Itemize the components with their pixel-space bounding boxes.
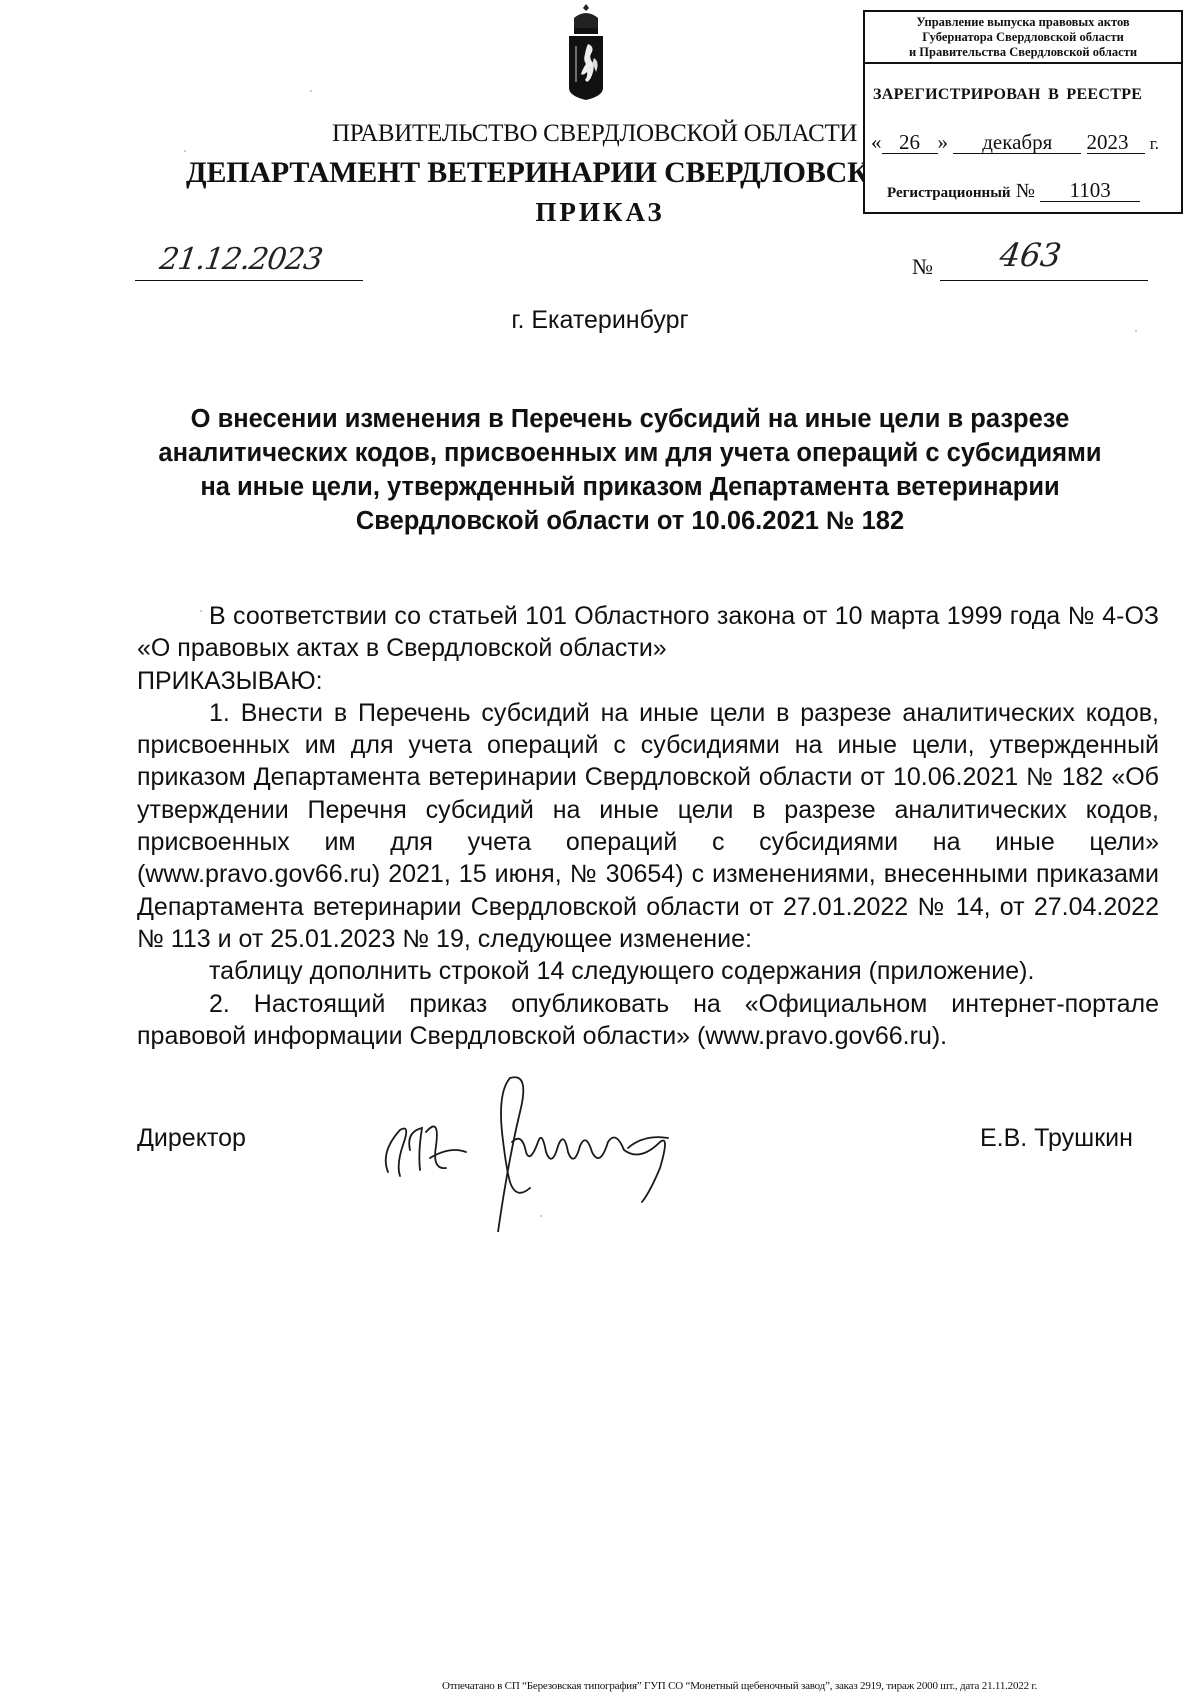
signatory-name: Е.В. Трушкин (980, 1124, 1133, 1153)
stamp-year: 2023 (1087, 131, 1145, 154)
stamp-header-line: Губернатора Свердловской области (865, 30, 1181, 45)
handwritten-signature-icon (370, 1072, 700, 1232)
government-name: ПРАВИТЕЛЬСТВО СВЕРДЛОВСКОЙ ОБЛАСТИ (332, 120, 857, 148)
registry-stamp: Управление выпуска правовых актов Губерн… (863, 10, 1183, 214)
handwritten-date: 21.12.2023 (158, 242, 325, 277)
subject-line: Свердловской области от 10.06.2021 № 182 (150, 504, 1110, 538)
number-sign: № (912, 254, 933, 280)
stamp-reg-number-label: Регистрационный (887, 185, 1011, 201)
stamp-registered-label: ЗАРЕГИСТРИРОВАН В РЕЕСТРЕ (873, 86, 1142, 104)
scan-speck (184, 150, 186, 152)
preamble: В соответствии со статьей 101 Областного… (137, 600, 1159, 665)
stamp-month: декабря (953, 131, 1081, 154)
quote-close: » (938, 130, 949, 154)
stamp-reg-number-value: 1103 (1040, 179, 1140, 202)
quote-open: « (871, 130, 882, 154)
stamp-year-suffix: г. (1150, 134, 1159, 153)
scan-speck (200, 610, 202, 612)
number-sign: № (1016, 180, 1035, 202)
order-item-2: 2. Настоящий приказ опубликовать на «Офи… (137, 988, 1159, 1053)
coat-of-arms-icon (566, 2, 606, 102)
order-item-1-detail: таблицу дополнить строкой 14 следующего … (137, 955, 1159, 987)
stamp-date: «26» декабря 2023 г. (871, 130, 1159, 155)
subject-line: аналитических кодов, присвоенных им для … (150, 436, 1110, 470)
document-subject: О внесении изменения в Перечень субсидий… (150, 402, 1110, 538)
stamp-day: 26 (882, 131, 938, 154)
stamp-reg-number: Регистрационный № 1103 (887, 178, 1140, 203)
stamp-header-line: Управление выпуска правовых актов (865, 15, 1181, 30)
document-body: В соответствии со статьей 101 Областного… (137, 600, 1159, 1052)
signatory-title: Директор (137, 1124, 246, 1153)
scan-speck (540, 1215, 542, 1217)
scan-speck (310, 90, 312, 92)
scan-speck (1135, 330, 1137, 332)
subject-line: О внесении изменения в Перечень субсидий… (150, 402, 1110, 436)
order-word: ПРИКАЗЫВАЮ: (137, 665, 1159, 697)
city: г. Екатеринбург (0, 306, 1200, 335)
order-item-1: 1. Внести в Перечень субсидий на иные це… (137, 697, 1159, 955)
subject-line: на иные цели, утвержденный приказом Депа… (150, 470, 1110, 504)
stamp-header: Управление выпуска правовых актов Губерн… (865, 12, 1181, 64)
print-imprint: Отпечатано в СП “Березовская типография”… (442, 1680, 1037, 1692)
handwritten-order-number: 463 (997, 236, 1063, 274)
stamp-header-line: и Правительства Свердловской области (865, 45, 1181, 60)
